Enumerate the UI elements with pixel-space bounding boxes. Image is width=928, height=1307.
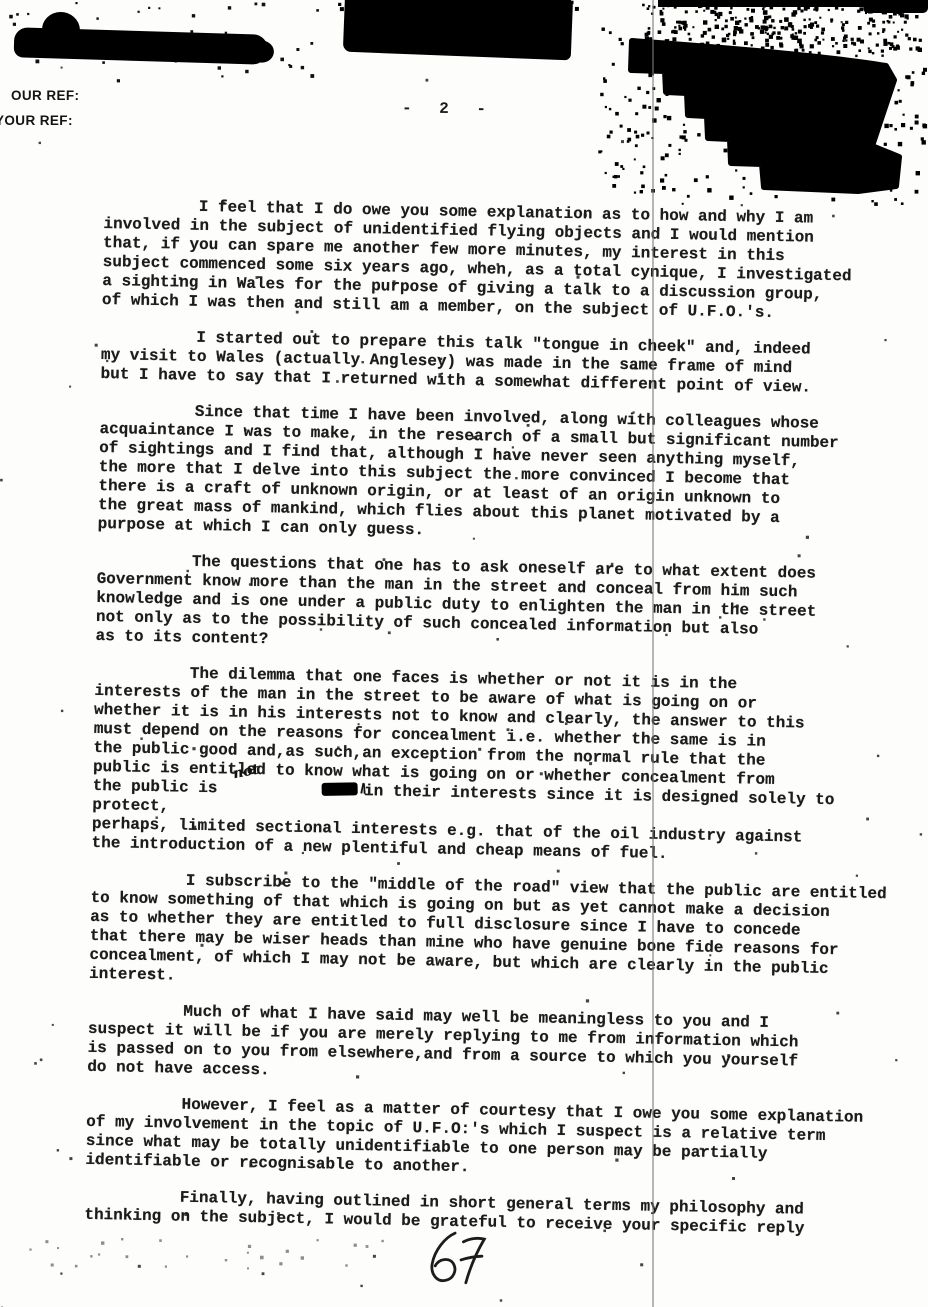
redaction-mark-top-corner bbox=[864, 0, 928, 13]
paragraph-text-before-blot: The dilemma that one faces is whether or… bbox=[93, 665, 805, 798]
letter-paragraph: I feel that I do owe you some explanatio… bbox=[102, 196, 910, 325]
letter-paragraph: Much of what I have said may well be mea… bbox=[87, 1001, 894, 1092]
letter-paragraph: The questions that one has to ask onesel… bbox=[95, 551, 903, 661]
correction-group: not∧ bbox=[227, 779, 358, 801]
redaction-mark-left-bar bbox=[14, 27, 269, 65]
letter-paragraph-with-correction: The dilemma that one faces is whether or… bbox=[91, 663, 900, 868]
letter-paragraph: I started out to prepare this talk "tong… bbox=[100, 327, 907, 399]
caret-insertion-mark: ∧ bbox=[359, 780, 367, 799]
letterhead-refs: OUR REF: YOUR REF: bbox=[0, 88, 79, 128]
our-ref-label: OUR REF: bbox=[11, 88, 79, 103]
scan-fold-line bbox=[652, 0, 654, 1307]
letter-body: I feel that I do owe you some explanatio… bbox=[84, 196, 910, 1240]
scanned-letter-page: 3 OUR REF: YOUR REF: - 2 - I feel that I… bbox=[0, 0, 928, 1307]
letter-paragraph: I subscribe to the "middle of the road" … bbox=[89, 870, 897, 999]
handwritten-page-number bbox=[419, 1225, 499, 1294]
page-number: - 2 - bbox=[402, 100, 495, 119]
your-ref-label: YOUR REF: bbox=[0, 113, 79, 128]
inked-out-word bbox=[322, 782, 358, 796]
letter-paragraph: However, I feel as a matter of courtesy … bbox=[85, 1094, 892, 1185]
redaction-mark-right-stairs bbox=[600, 30, 910, 200]
redaction-mark-center bbox=[343, 0, 573, 60]
scan-noise-speckles bbox=[0, 0, 2, 2]
letter-paragraph: Since that time I have been involved, al… bbox=[98, 401, 906, 549]
